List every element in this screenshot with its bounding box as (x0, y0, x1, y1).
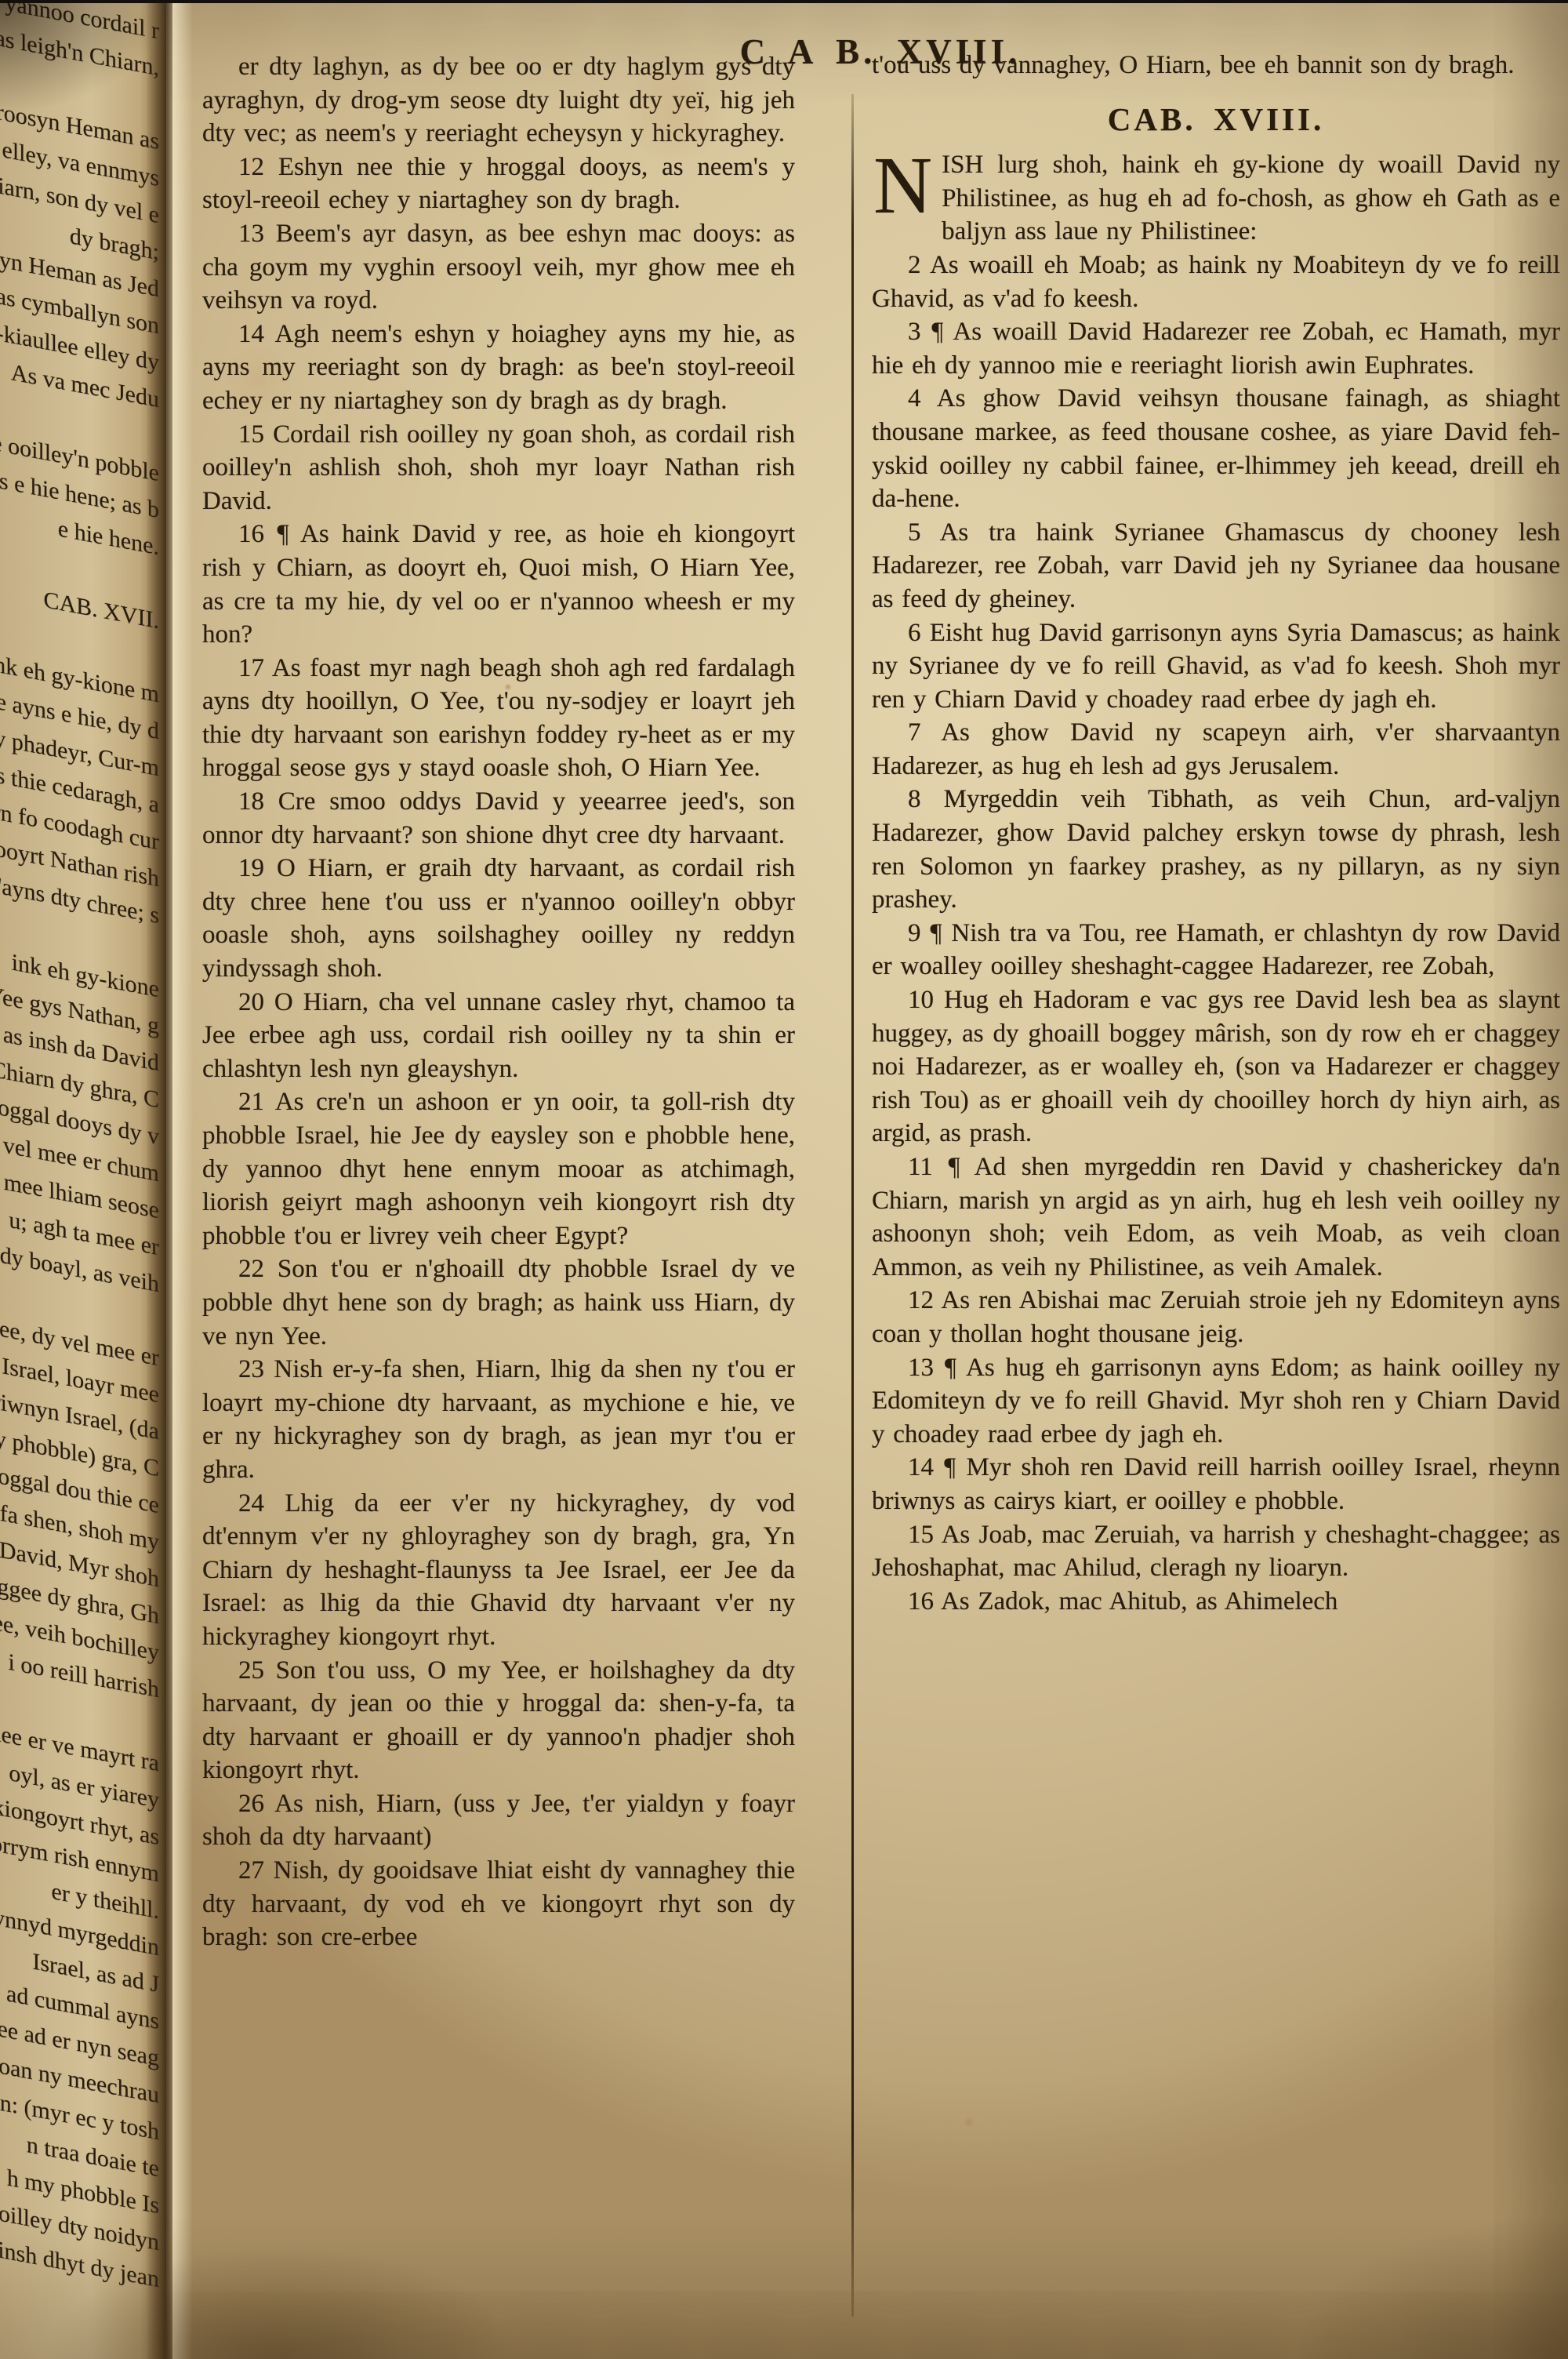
verse-text: ISH lurg shoh, haink eh gy-kione dy woai… (942, 151, 1560, 245)
verse-paragraph: 12 Eshyn nee thie y hroggal dooys, as ne… (202, 151, 795, 217)
verse-number: 23 (238, 1355, 264, 1383)
column-divider-rule (851, 94, 854, 2317)
verse-number: 26 (238, 1790, 264, 1818)
verse-text: Nish er-y-fa shen, Hiarn, lhig da shen n… (202, 1355, 795, 1484)
verse-text: er dty laghyn, as dy bee oo er dty hagly… (202, 53, 795, 147)
verse-text: Ad shen myrgeddin ren David y chasherick… (872, 1153, 1560, 1281)
verse-paragraph: 14 ¶ Myr shoh ren David reill harrish oo… (872, 1451, 1560, 1518)
verse-text: Hug eh Hadoram e vac gys ree David lesh … (872, 986, 1560, 1147)
verse-paragraph: 17 As foast myr nagh beagh shoh agh red … (202, 652, 795, 785)
verse-number: 11 ¶ (908, 1153, 960, 1181)
verse-text: Son t'ou er n'ghoaill dty phobble Israel… (202, 1255, 795, 1350)
verse-paragraph: 18 Cre smoo oddys David y yeearree jeed'… (202, 785, 795, 852)
verse-text: As Zadok, mac Ahitub, as Ahimelech (941, 1587, 1338, 1616)
verse-text: Eshyn nee thie y hroggal dooys, as neem'… (202, 153, 795, 215)
verse-text: Lhig da eer v'er ny hickyraghey, dy vod … (202, 1489, 795, 1651)
verse-text: As ghow David veihsyn thousane fainagh, … (872, 384, 1560, 513)
verse-number: 4 (908, 384, 921, 413)
verse-paragraph: 22 Son t'ou er n'ghoaill dty phobble Isr… (202, 1252, 795, 1353)
verse-number: 13 ¶ (908, 1354, 956, 1382)
previous-page-edge: ural-losht h y yannoo cordail r as leigh… (0, 3, 166, 2359)
verse-paragraph: 15 Cordail rish ooilley ny goan shoh, as… (202, 418, 795, 518)
verse-text: As Joab, mac Zeruiah, va harrish y chesh… (872, 1521, 1560, 1583)
verse-paragraph: 7 As ghow David ny scapeyn airh, v'er sh… (872, 716, 1560, 783)
page-fold-highlight (172, 3, 193, 2359)
verse-text: As haink David y ree, as hoie eh kiongoy… (202, 520, 795, 649)
verse-text: Myrgeddin veih Tibhath, as veih Chun, ar… (872, 785, 1560, 914)
verse-text: O Hiarn, er graih dty harvaant, as corda… (202, 854, 795, 983)
verse-number: 17 (238, 654, 264, 682)
verse-text: Nish, dy gooidsave lhiat eisht dy vannag… (202, 1856, 795, 1951)
verse-paragraph: 11 ¶ Ad shen myrgeddin ren David y chash… (872, 1150, 1560, 1284)
verse-paragraph: 14 Agh neem's eshyn y hoiaghey ayns my h… (202, 318, 795, 418)
verse-paragraph: 19 O Hiarn, er graih dty harvaant, as co… (202, 852, 795, 985)
verse-text: O Hiarn, cha vel unnane casley rhyt, cha… (202, 988, 795, 1083)
drop-cap-initial: N (872, 148, 942, 219)
verse-paragraph: 23 Nish er-y-fa shen, Hiarn, lhig da she… (202, 1353, 795, 1486)
verse-text: Agh neem's eshyn y hoiaghey ayns my hie,… (202, 320, 795, 415)
verse-text: As hug eh garrisonyn ayns Edom; as haink… (872, 1354, 1560, 1448)
verse-paragraph: 13 Beem's ayr dasyn, as bee eshyn mac do… (202, 217, 795, 318)
verse-text: Nish tra va Tou, ree Hamath, er chlashty… (872, 919, 1560, 981)
verse-number: 3 ¶ (908, 318, 943, 346)
verse-text: Myr shoh ren David reill harrish ooilley… (872, 1453, 1560, 1515)
verse-number: 2 (908, 251, 921, 279)
verse-number: 15 (238, 420, 264, 449)
verse-paragraph: 9 ¶ Nish tra va Tou, ree Hamath, er chla… (872, 917, 1560, 983)
verse-paragraph: 8 Myrgeddin veih Tibhath, as veih Chun, … (872, 783, 1560, 916)
verse-number: 13 (238, 220, 264, 248)
verse-paragraph: 26 As nish, Hiarn, (uss y Jee, t'er yial… (202, 1787, 795, 1854)
chapter-heading: CAB. XVIII. (872, 103, 1560, 136)
verse-number: 16 (908, 1587, 934, 1616)
verse-paragraph: 24 Lhig da eer v'er ny hickyraghey, dy v… (202, 1487, 795, 1654)
verse-paragraph: 16 As Zadok, mac Ahitub, as Ahimelech (872, 1585, 1560, 1619)
verse-paragraph: 4 As ghow David veihsyn thousane fainagh… (872, 382, 1560, 515)
verse-paragraph-first: NISH lurg shoh, haink eh gy-kione dy woa… (872, 148, 1560, 249)
verse-number: 12 (908, 1286, 934, 1314)
verse-text: As foast myr nagh beagh shoh agh red far… (202, 654, 795, 783)
verse-number: 9 ¶ (908, 919, 942, 947)
verse-paragraph: 20 O Hiarn, cha vel unnane casley rhyt, … (202, 986, 795, 1086)
verse-paragraph: 25 Son t'ou uss, O my Yee, er hoilshaghe… (202, 1654, 795, 1787)
verse-paragraph: 5 As tra haink Syrianee Ghamascus dy cho… (872, 516, 1560, 616)
verse-text: As woaill eh Moab; as haink ny Moabiteyn… (872, 251, 1560, 313)
verse-paragraph: 3 ¶ As woaill David Hadarezer ree Zobah,… (872, 315, 1560, 382)
verse-number: 18 (238, 787, 264, 816)
verse-paragraph: 21 As cre'n un ashoon er yn ooir, ta gol… (202, 1085, 795, 1252)
verse-paragraph: 10 Hug eh Hadoram e vac gys ree David le… (872, 983, 1560, 1150)
verse-text: Eisht hug David garrisonyn ayns Syria Da… (872, 619, 1560, 714)
verse-text: As ghow David ny scapeyn airh, v'er shar… (872, 718, 1560, 780)
verse-number: 16 ¶ (238, 520, 289, 548)
verse-paragraph: 6 Eisht hug David garrisonyn ayns Syria … (872, 616, 1560, 717)
verse-text: Cre smoo oddys David y yeearree jeed's, … (202, 787, 795, 849)
verse-paragraph: 16 ¶ As haink David y ree, as hoie eh ki… (202, 518, 795, 651)
previous-page-text-fragments: ural-losht h y yannoo cordail r as leigh… (0, 3, 166, 2305)
verse-number: 5 (908, 518, 921, 547)
verse-number: 15 (908, 1521, 934, 1549)
verse-text: As tra haink Syrianee Ghamascus dy choon… (872, 518, 1560, 613)
verse-text: Beem's ayr dasyn, as bee eshyn mac dooys… (202, 220, 795, 314)
verse-paragraph: er dty laghyn, as dy bee oo er dty hagly… (202, 50, 795, 151)
verse-number: 14 ¶ (908, 1453, 956, 1481)
verse-number: 27 (238, 1856, 264, 1885)
verse-number: 7 (908, 718, 921, 747)
verse-paragraph: 2 As woaill eh Moab; as haink ny Moabite… (872, 249, 1560, 315)
book-scan: ural-losht h y yannoo cordail r as leigh… (0, 0, 1568, 2359)
verse-number: 25 (238, 1656, 264, 1685)
verse-number: 21 (238, 1088, 264, 1116)
right-column-verses: 2 As woaill eh Moab; as haink ny Moabite… (872, 249, 1560, 1618)
verse-continuation: t'ou uss dy vannaghey, O Hiarn, bee eh b… (872, 49, 1560, 82)
verse-text: As nish, Hiarn, (uss y Jee, t'er yialdyn… (202, 1790, 795, 1852)
verse-paragraph: 27 Nish, dy gooidsave lhiat eisht dy van… (202, 1854, 795, 1954)
verse-paragraph: 12 As ren Abishai mac Zeruiah stroie jeh… (872, 1284, 1560, 1350)
verse-text: As woaill David Hadarezer ree Zobah, ec … (872, 318, 1560, 380)
right-text-column: t'ou uss dy vannaghey, O Hiarn, bee eh b… (872, 49, 1560, 2312)
verse-number: 10 (908, 986, 934, 1014)
verse-text: Son t'ou uss, O my Yee, er hoilshaghey d… (202, 1656, 795, 1785)
verse-number: 8 (908, 785, 921, 813)
verse-number: 19 (238, 854, 264, 882)
verse-number: 14 (238, 320, 264, 348)
left-text-column: er dty laghyn, as dy bee oo er dty hagly… (202, 50, 795, 2309)
verse-number: 12 (238, 153, 264, 181)
verse-text: As ren Abishai mac Zeruiah stroie jeh ny… (872, 1286, 1560, 1348)
verse-number: 24 (238, 1489, 264, 1518)
verse-number: 6 (908, 619, 921, 647)
verse-text: Cordail rish ooilley ny goan shoh, as co… (202, 420, 795, 515)
page-paper: ural-losht h y yannoo cordail r as leigh… (0, 3, 1568, 2359)
verse-paragraph: 13 ¶ As hug eh garrisonyn ayns Edom; as … (872, 1351, 1560, 1452)
verse-paragraph: 15 As Joab, mac Zeruiah, va harrish y ch… (872, 1518, 1560, 1585)
page-fold-shadow (146, 3, 172, 2359)
verse-number: 20 (238, 988, 264, 1016)
verse-text: As cre'n un ashoon er yn ooir, ta goll-r… (202, 1088, 795, 1249)
verse-number: 22 (238, 1255, 264, 1283)
